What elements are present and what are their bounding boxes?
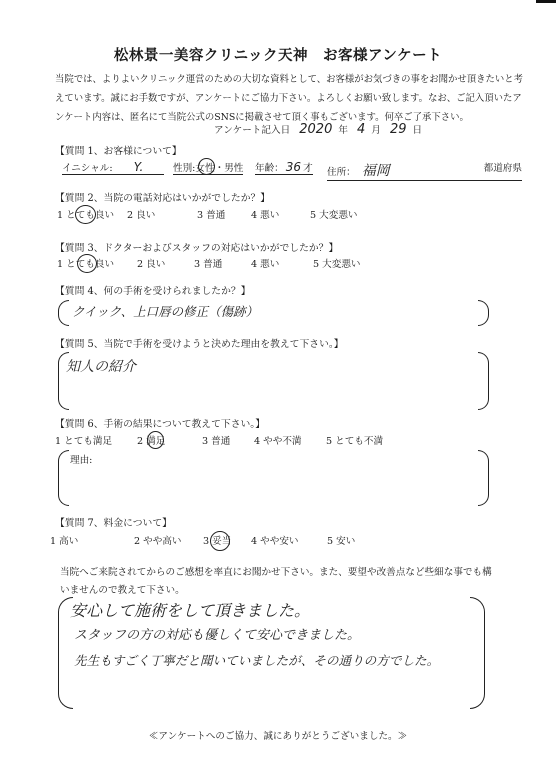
q6-selected-circle [147, 431, 164, 449]
q2-selected-circle [75, 205, 96, 224]
address-value: 福岡 [362, 163, 390, 179]
q2-option-5[interactable]: 5 大変悪い [310, 207, 358, 221]
q3-heading: 【質問 3、ドクターおよびスタッフの対応はいかがでしたか？】 [55, 240, 338, 254]
q2-options: 1 とても良い 2 良い 3 普通 4 悪い 5 大変悪い [57, 207, 517, 223]
address-unit: 都道府県 [484, 160, 522, 174]
gender-selected-circle [198, 158, 215, 175]
scan-edge-mark [536, 0, 556, 3]
q6-reason-label: 理由: [70, 452, 92, 466]
q6-option-5[interactable]: 5 とても不満 [326, 433, 383, 447]
q6-option-1[interactable]: 1 とても満足 [55, 433, 112, 447]
comments-prompt: 当院へご来院されてからのご感想を率直にお聞かせ下さい。また、要望や改善点など些細… [60, 564, 500, 600]
q3-option-3[interactable]: 3 普通 [194, 256, 222, 270]
q7-options: 1 高い 2 やや高い 3 妥当 4 やや安い 5 安い [50, 533, 510, 549]
q6-option-3[interactable]: 3 普通 [202, 433, 230, 447]
q7-option-5[interactable]: 5 安い [327, 533, 355, 547]
q6-bracket-left [58, 450, 69, 506]
q7-option-4[interactable]: 4 やや安い [251, 533, 299, 547]
form-title: 松林景一美容クリニック天神 お客様アンケート [0, 44, 556, 65]
address-label: 住所： [327, 167, 356, 178]
q5-bracket-right [478, 352, 489, 410]
q4-answer[interactable]: クイック、上口唇の修正（傷跡） [72, 302, 258, 320]
q6-heading: 【質問 6、手術の結果について教えて下さい。】 [55, 416, 265, 430]
entry-date: アンケート記入日 2020年 4月 29日 [214, 122, 422, 137]
age-value: 36 [286, 160, 301, 174]
initial-label: イニシャル: [62, 163, 113, 174]
q3-options: 1 とても良い 2 良い 3 普通 4 悪い 5 大変悪い [57, 256, 517, 272]
q1-fields: イニシャル: Y. 性別:女性・男性 年齢：36才 住所：福岡都道府県 [62, 160, 522, 178]
intro-text: 当院では、よりよいクリニック運営のための大切な資料として、お客様がお気づきの事を… [55, 70, 525, 127]
q3-selected-circle [77, 254, 97, 273]
q2-option-4[interactable]: 4 悪い [251, 207, 279, 221]
q6-option-4[interactable]: 4 やや不満 [254, 433, 302, 447]
date-day[interactable]: 29 [390, 122, 407, 137]
comments-bracket-right [470, 597, 485, 709]
q2-heading: 【質問 2、当院の電話対応はいかがでしたか？】 [55, 190, 270, 204]
year-unit: 年 [338, 125, 348, 136]
q3-option-5[interactable]: 5 大変悪い [313, 256, 361, 270]
q6-reason-input[interactable] [100, 452, 460, 500]
address-field[interactable]: 住所：福岡都道府県 [327, 160, 522, 181]
q5-heading: 【質問 5、当院で手術を受けようと決めた理由を教えて下さい。】 [55, 336, 344, 350]
date-label: アンケート記入日 [214, 125, 290, 136]
q4-bracket-left [58, 300, 69, 326]
age-label: 年齢： [255, 163, 284, 174]
date-month[interactable]: 4 [357, 122, 365, 137]
gender-label: 性別: [173, 163, 195, 174]
q2-option-3[interactable]: 3 普通 [197, 207, 225, 221]
age-field[interactable]: 年齢：36才 [255, 160, 313, 175]
comment-line-2: スタッフの方の対応も優しくて安心できました。 [74, 624, 470, 648]
day-unit: 日 [412, 125, 422, 136]
q5-answer[interactable]: 知人の紹介 [66, 356, 136, 376]
q4-heading: 【質問 4、何の手術を受けられましたか？】 [55, 283, 251, 297]
q6-bracket-right [478, 450, 489, 506]
comment-line-3: 先生もすごく丁寧だと聞いていましたが、その通りの方でした。 [74, 648, 470, 674]
initial-value: Y. [134, 160, 144, 174]
age-unit: 才 [303, 163, 313, 174]
comments-answer[interactable]: 安心して施術をして頂きました。 スタッフの方の対応も優しくて安心できました。 先… [70, 598, 470, 674]
q7-heading: 【質問 7、料金について】 [55, 515, 172, 529]
initial-field[interactable]: イニシャル: Y. [62, 160, 164, 175]
q4-bracket-right [478, 300, 489, 326]
q3-option-2[interactable]: 2 良い [137, 256, 165, 270]
footer-thanks: ≪アンケートへのご協力、誠にありがとうございました。≫ [0, 728, 556, 742]
q2-option-2[interactable]: 2 良い [127, 207, 155, 221]
q6-options: 1 とても満足 2 満足 3 普通 4 やや不満 5 とても不満 [55, 433, 515, 449]
q7-option-2[interactable]: 2 やや高い [134, 533, 182, 547]
gender-male[interactable]: 男性 [224, 163, 243, 174]
date-year[interactable]: 2020 [299, 122, 332, 137]
q7-selected-circle [210, 531, 230, 551]
comment-line-1: 安心して施術をして頂きました。 [70, 598, 470, 624]
q1-heading: 【質問 1、お客様について】 [55, 143, 182, 157]
q7-option-1[interactable]: 1 高い [50, 533, 78, 547]
month-unit: 月 [371, 125, 381, 136]
q3-option-4[interactable]: 4 悪い [251, 256, 279, 270]
